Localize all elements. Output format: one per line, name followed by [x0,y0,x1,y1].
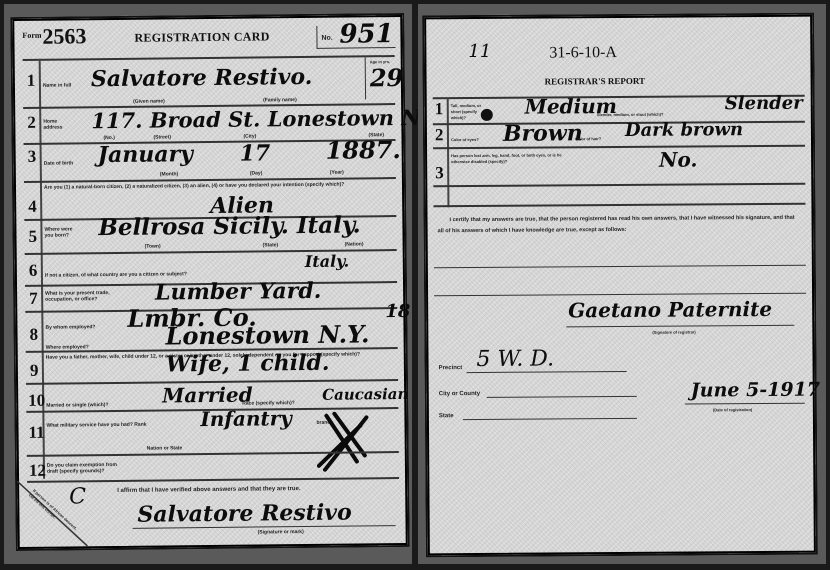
row-3-birthdate: 3 Date of birth January 17 1887. (Month)… [12,15,402,19]
card-number-box: No. 951 [316,25,395,49]
registration-card-rows-4-n: 5 [28,227,37,247]
row-9-dependents: 9 Have you a father, mother, wife, child… [12,15,402,19]
row-8-employer: 8 By whom employed? Lmbr. Co. 18 Where e… [12,15,402,19]
registration-card-rows-1-sub-1: (Street) [153,134,171,140]
registration-card-rows-2-n: 3 [28,147,37,167]
eye-color-value: Brown [503,120,583,147]
report-title: REGISTRAR'S REPORT [545,76,646,87]
form-prefix: Form [22,31,41,40]
registration-card-rows-1-sub-0: (No.) [103,135,114,141]
employer-aside: 18 [385,301,410,322]
precinct-value: 5 W. D. [476,346,554,372]
birth-year: 1887. [325,135,400,165]
registration-card-rows-0-sub-0: (Given name) [133,98,165,104]
cross-mark [316,411,377,472]
registrar-caption: (Signature of registrar) [652,329,695,335]
signature-caption: (Signature or mark) [258,529,304,535]
registration-card-rows-1-label: Home address [43,118,77,130]
hair-color-value: Dark brown [625,119,743,141]
serial-number: 2563 [42,23,86,49]
race-value: Caucasian [322,385,408,404]
registration-card-rows-4-sub-1: (State) [263,242,279,248]
occupation-value: Lumber Yard. [155,278,322,306]
registrars-report-rows-2-label: Has person lost arm, leg, hand, foot, or… [451,152,571,165]
registration-card-rows-0-n: 1 [27,71,36,91]
row-4-citizenship: 4 Are you (1) a natural-born citizen, (2… [12,15,402,19]
state-label: State [439,413,454,419]
number-prefix: No. [321,36,332,42]
registration-card-rows-4-sub-2: (Nation) [345,241,364,247]
dependents-value: Wife, 1 child. [166,350,330,378]
registration-card-rows-6-n: 7 [29,289,38,309]
registration-card-rows-5-n: 6 [29,261,38,281]
registration-card-rows-4-label: Where were you born? [44,226,74,238]
registration-card-rows-2-sub-2: (Year) [330,170,344,176]
row-1-name: 1 Name in full Salvatore Restivo. (Given… [12,15,402,19]
registration-card-rows-11-n: 12 [29,461,46,481]
city-line [487,396,637,398]
date-caption: (Date of registration) [713,407,752,413]
registration-card-rows-10-sub2: Nation or State [147,445,183,451]
registration-card-rows-11-label: Do you claim exemption from draft (speci… [47,462,127,475]
registration-date: June 5-1917 [691,379,820,402]
registration-card-rows-0-sub-1: (Family name) [263,97,297,103]
registrars-report-rows-0-label2: Slender, medium, or stout (which)? [597,112,664,118]
registration-card-rows-5-label: If not a citizen, of what country are yo… [45,271,187,278]
report-row-3-disability: 3 Has person lost arm, leg, hand, foot, … [424,15,812,18]
corner-mark: C [69,484,86,509]
age-box: Age in yrs. 29 [365,57,400,99]
registrars-report: 11 31-6-10-A REGISTRAR'S REPORT 1 Tall, … [422,13,818,558]
registration-card-rows-2-sub-0: (Month) [160,171,178,177]
registration-card-rows-9-label: Married or single (which)? [46,402,108,409]
registrars-report-rows-2-n: 3 [435,163,444,183]
address-value: 117. Broad St. Lonestown N.Y. [91,105,446,134]
registration-card-rows-1-sub-2: (City) [243,134,256,140]
registration-card-rows-7-n: 8 [29,325,38,345]
card-number: 951 [339,19,394,50]
birth-day: 17 [240,140,271,166]
registration-card: Form 2563 REGISTRATION CARD No. 951 1 Na… [10,13,410,551]
registration-card-rows-9-n: 10 [28,391,45,411]
military-value: Infantry [200,406,292,431]
registration-card-rows-7-label: By whom employed? [45,324,95,331]
registrars-report-rows-1-n: 2 [435,125,444,145]
row-12-exemption: 12 Do you claim exemption from draft (sp… [12,15,402,19]
registration-card-rows-6-label: What is your present trade, occupation, … [45,290,125,303]
registration-card-rows-8-n: 9 [30,361,39,381]
report-row-2-colors: 2 Color of eyes? Brown Color of hair? Da… [424,15,812,18]
report-code: 31-6-10-A [549,44,617,62]
row-2-address: 2 Home address 117. Broad St. Lonestown … [12,15,402,19]
card-title: REGISTRATION CARD [134,29,269,45]
age-value: 29 [370,63,404,92]
row-7-occupation: 7 What is your present trade, occupation… [12,15,402,19]
build-value: Slender [725,93,803,115]
birth-month: January [98,141,194,168]
registration-card-rows-2-label: Date of birth [44,160,74,166]
certification-text: I certify that my answers are true, that… [438,213,800,238]
name-value: Salvatore Restivo. [91,64,313,92]
citizen-of-value: Italy. [305,252,350,271]
city-label: City or County [439,391,480,397]
ink-blot [481,109,493,121]
affirmation-text: I affirm that I have verified above answ… [117,486,300,494]
birthplace-value: Bellrosa Sicily. Italy. [98,211,360,241]
disability-value: No. [659,147,697,171]
report-row-1-build: 1 Tall, medium, or short (specify which)… [424,15,812,18]
state-line [463,418,637,420]
registrars-report-rows-0-n: 1 [435,99,444,119]
registration-card-rows-10-n: 11 [28,423,44,443]
marital-value: Married [162,383,253,408]
registrars-report-rows-1-label2: Color of hair? [575,136,601,142]
registration-card-rows-0-label: Name in full [43,82,71,88]
margin-mark: 11 [468,41,491,62]
row-5-birthplace: 5 Where were you born? Bellrosa Sicily. … [12,15,402,19]
precinct-label: Precinct [439,365,463,371]
registrars-report-rows-1-label: Color of eyes? [451,137,479,143]
row-11-military: 11 What military service have you had? R… [12,15,402,19]
employment-place-value: Lonestown N.Y. [165,319,369,350]
registration-card-rows-3-n: 4 [28,197,37,217]
registration-card-rows-3-label: Are you (1) a natural-born citizen, (2) … [44,181,394,191]
row-10-marital: 10 Married or single (which)? Married Ra… [12,15,402,19]
registration-card-rows-4-sub-0: (Town) [145,244,161,250]
row-6-citizen-of: 6 If not a citizen, of what country are … [12,15,402,19]
registration-card-rows-2-sub-1: (Day) [250,170,263,176]
registration-card-rows-1-n: 2 [27,113,36,133]
registration-card-rows-10-label: What military service have you had? Rank [46,422,146,429]
registrant-signature: Salvatore Restivo [137,500,352,528]
registrar-signature: Gaetano Paternite [568,297,772,322]
